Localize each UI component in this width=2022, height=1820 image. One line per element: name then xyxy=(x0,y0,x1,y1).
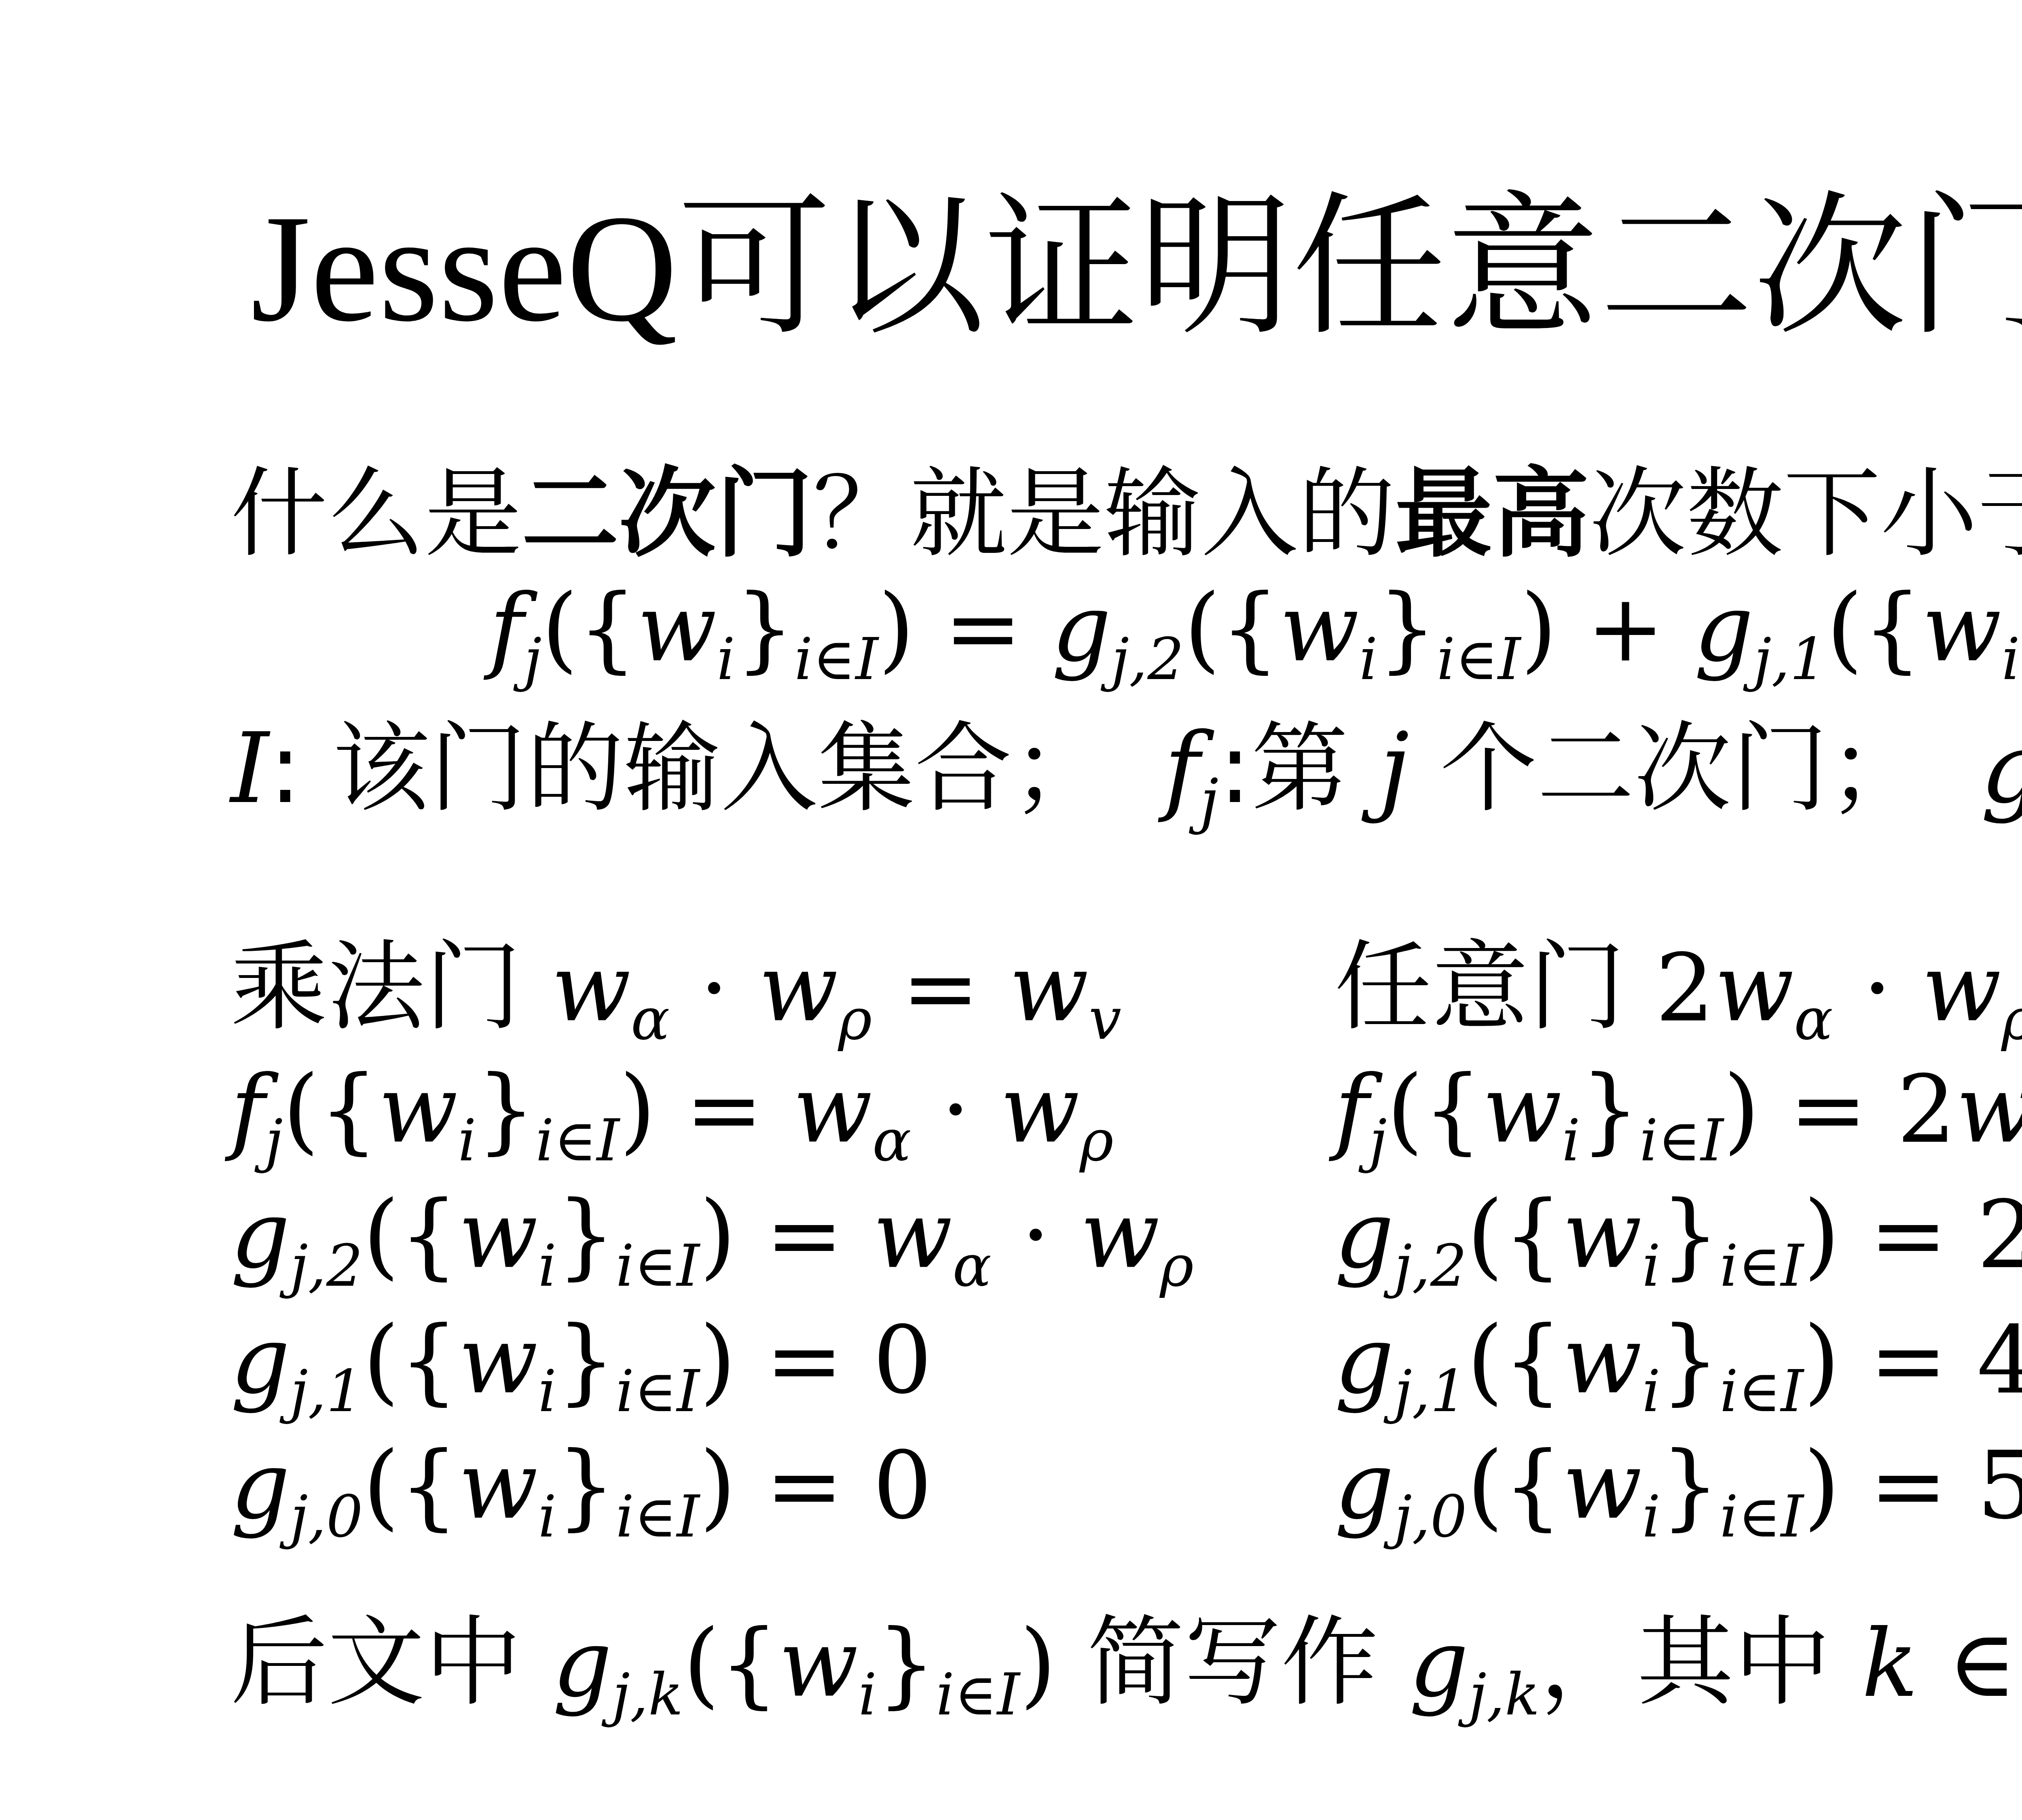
mul-gate-row-g2: gj,2({wi}i∈I) = wα · wρ xyxy=(231,1189,1194,1282)
arbitrary-gate-row-g0: gj,0({wi}i∈I) = 5 xyxy=(1335,1440,2022,1533)
general-formula: fj({wi}i∈I) = gj,2({wi}i∈I) + gj,1({wi}i… xyxy=(489,582,2022,675)
footer-text: 后文中 xyxy=(231,1606,522,1719)
arbitrary-gate-row-g2: gj,2({wi}i∈I) = 2wα · wρ + 3w2α xyxy=(1335,1189,2022,1282)
def-f-desc: :第 xyxy=(1218,712,1348,825)
mul-gate-heading: 乘法门 wα · wρ = wv xyxy=(231,938,1121,1035)
intro-text: 次数下小于等于 xyxy=(1589,457,2022,570)
intro-line: 什么是二次门？就是输入的最高次数下小于等于2（输入数不限） xyxy=(231,465,2022,562)
def-f-desc: 个二次门； xyxy=(1440,712,1925,825)
mul-gate-row-g1: gj,1({wi}i∈I) = 0 xyxy=(231,1314,932,1407)
intro-bold-quadratic-gate: 二次门 xyxy=(522,457,813,570)
arbitrary-gate-row-f: fj({wi}i∈I) = 2wα · wρ + 3w2α + 4wρ + 5 xyxy=(1335,1064,2022,1157)
slide-title-latin: JesseQ xyxy=(251,183,677,353)
intro-text: ？就是输入的 xyxy=(813,457,1395,570)
arbitrary-gate-heading: 任意门 2wα · wρ + 3w2α + 4wρ + 5 = wv xyxy=(1335,938,2022,1035)
footer-text: 简写作 xyxy=(1087,1606,1378,1719)
mul-gate-label: 乘法门 xyxy=(231,930,522,1043)
intro-bold-highest: 最高 xyxy=(1395,457,1589,570)
slide-title: JesseQ可以证明任意二次门 xyxy=(251,190,2022,345)
mul-gate-row-f: fj({wi}i∈I) = wα · wρ xyxy=(231,1064,1114,1157)
slide-title-cn: 可以证明任意二次门 xyxy=(677,177,2022,356)
def-I-desc: : 该门的输入集合； xyxy=(269,712,1109,825)
def-f-symbol: f xyxy=(1164,712,1200,825)
def-g-symbol: g xyxy=(1980,712,2022,825)
definitions-line: I: 该门的输入集合； fj:第 j 个二次门； gj,k:第 j 个二次门的 … xyxy=(231,720,2022,817)
footer-text: ，其中 xyxy=(1540,1606,1831,1719)
mul-gate-row-g0: gj,0({wi}i∈I) = 0 xyxy=(231,1440,932,1533)
def-I-symbol: I xyxy=(231,712,269,825)
arbitrary-gate-label: 任意门 xyxy=(1335,930,1626,1043)
footer-note: 后文中 gj,k({wi}i∈I) 简写作 gj,k，其中 k ∈ {0,1,2… xyxy=(231,1614,2022,1711)
arbitrary-gate-row-g1: gj,1({wi}i∈I) = 4wρ xyxy=(1335,1314,2022,1407)
intro-text: 什么是 xyxy=(231,457,522,570)
